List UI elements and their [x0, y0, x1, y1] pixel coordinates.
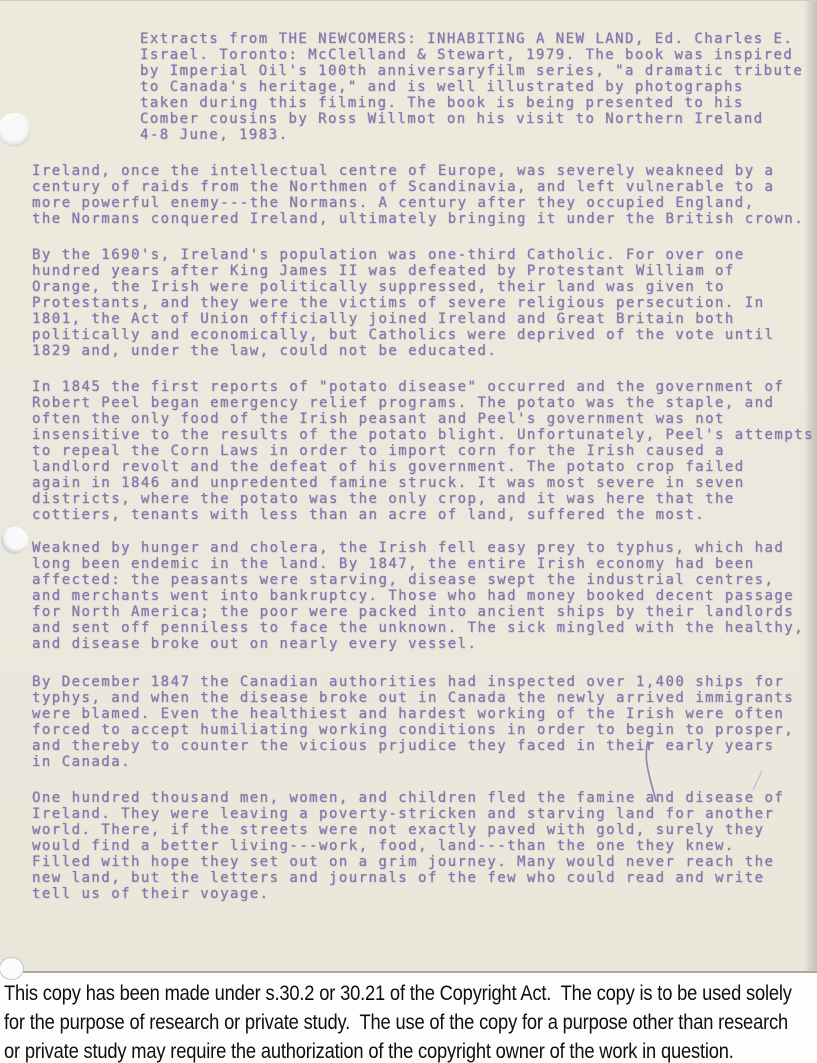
copyright-notice-text: This copy has been made under s.30.2 or … — [4, 979, 817, 1063]
scanned-document-page: Extracts from THE NEWCOMERS: INHABITING … — [0, 0, 817, 1063]
small-pen-tick-mark — [753, 771, 762, 790]
pen-stroke-mark — [646, 741, 656, 801]
hole-punch-bottom — [0, 957, 24, 980]
copyright-notice-strip: This copy has been made under s.30.2 or … — [0, 971, 817, 1063]
pen-mark-overlay — [0, 0, 817, 1063]
